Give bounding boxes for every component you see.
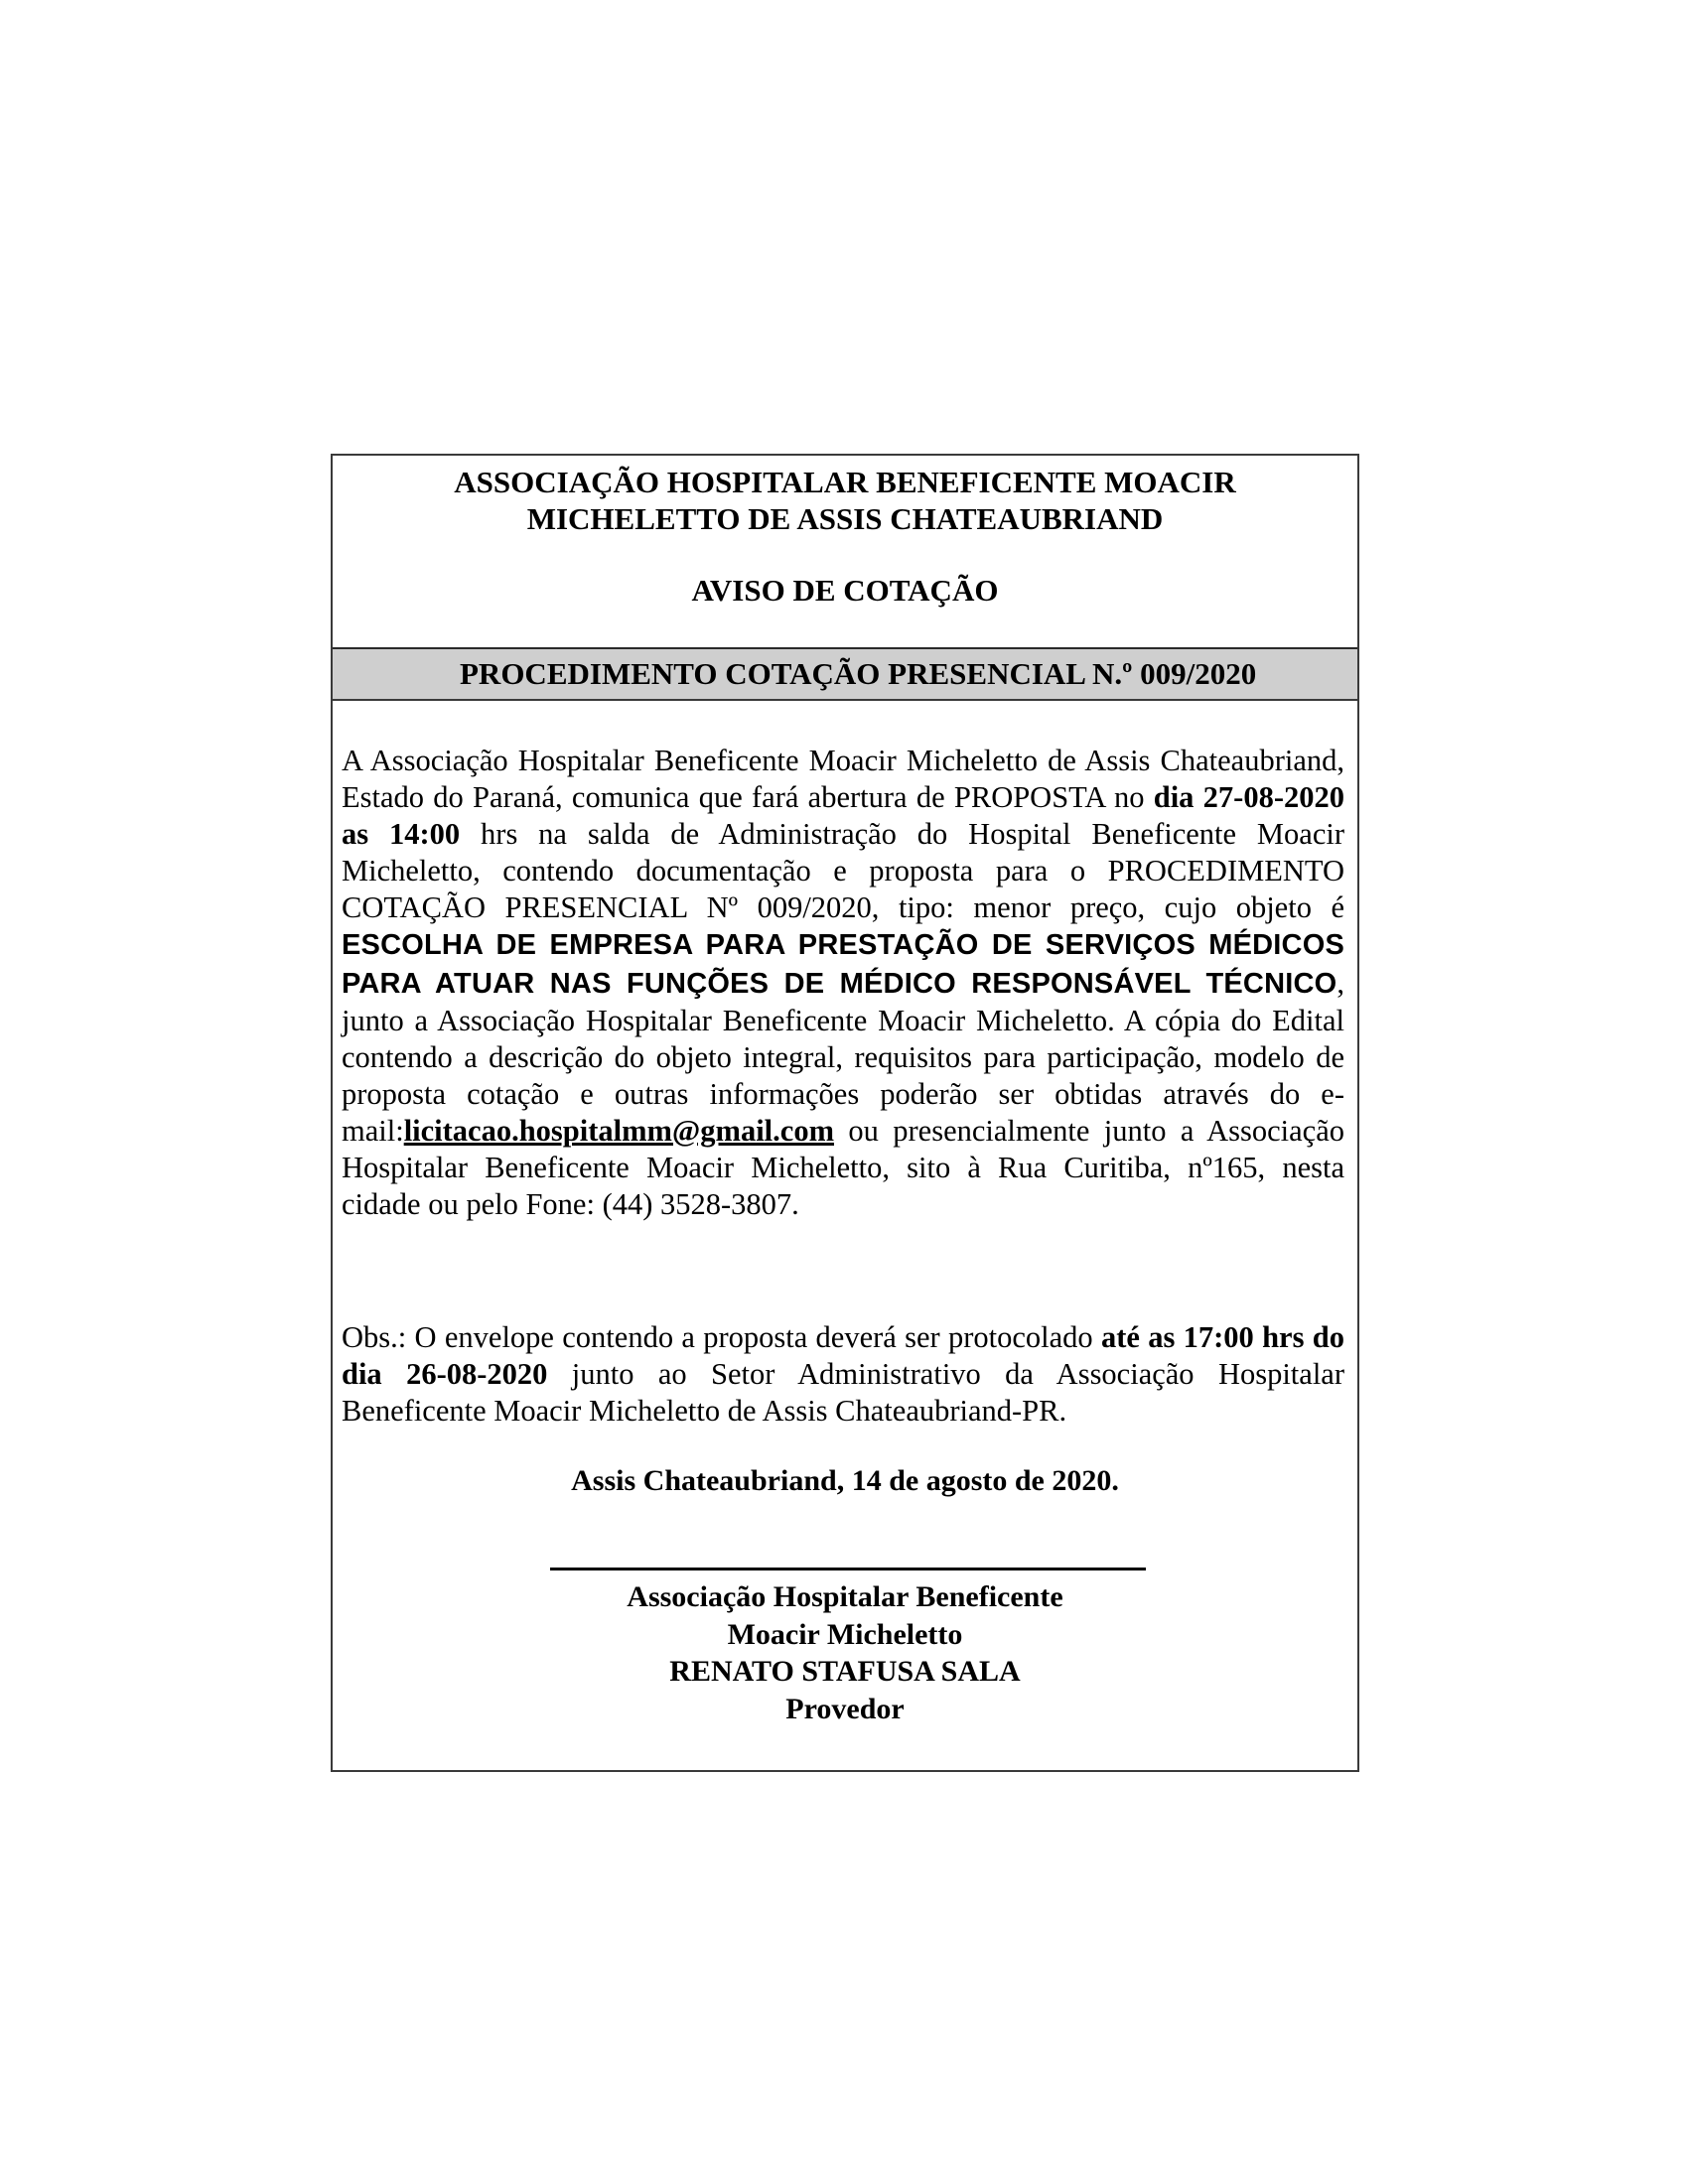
paragraph-text: Obs.: O envelope contendo a proposta dev…	[342, 1320, 1101, 1354]
paragraph-text: hrs na salda de Administração do Hospita…	[342, 817, 1344, 924]
signature-org-line-2: Moacir Micheletto	[333, 1616, 1357, 1654]
signature-line	[550, 1568, 1146, 1570]
observation-paragraph: Obs.: O envelope contendo a proposta dev…	[342, 1319, 1344, 1430]
procedure-band: PROCEDIMENTO COTAÇÃO PRESENCIAL N.º 009/…	[333, 647, 1357, 701]
procedure-title: PROCEDIMENTO COTAÇÃO PRESENCIAL N.º 009/…	[460, 655, 1256, 692]
organization-title-line-2: MICHELETTO DE ASSIS CHATEAUBRIAND	[333, 500, 1357, 537]
organization-title: ASSOCIAÇÃO HOSPITALAR BENEFICENTE MOACIR…	[333, 464, 1357, 537]
organization-title-line-1: ASSOCIAÇÃO HOSPITALAR BENEFICENTE MOACIR	[333, 464, 1357, 500]
procurement-object: ESCOLHA DE EMPRESA PARA PRESTAÇÃO DE SER…	[342, 929, 1344, 999]
email-link[interactable]: licitacao.hospitalmm@gmail.com	[404, 1114, 834, 1148]
signatory-name: RENATO STAFUSA SALA	[333, 1653, 1357, 1691]
notice-frame: ASSOCIAÇÃO HOSPITALAR BENEFICENTE MOACIR…	[331, 454, 1359, 1772]
place-date: Assis Chateaubriand, 14 de agosto de 202…	[333, 1462, 1357, 1499]
signatory-role: Provedor	[333, 1691, 1357, 1728]
signature-block: Associação Hospitalar Beneficente Moacir…	[333, 1578, 1357, 1727]
notice-title: AVISO DE COTAÇÃO	[333, 572, 1357, 609]
main-paragraph: A Associação Hospitalar Beneficente Moac…	[342, 743, 1344, 1223]
signature-org-line-1: Associação Hospitalar Beneficente	[333, 1578, 1357, 1616]
